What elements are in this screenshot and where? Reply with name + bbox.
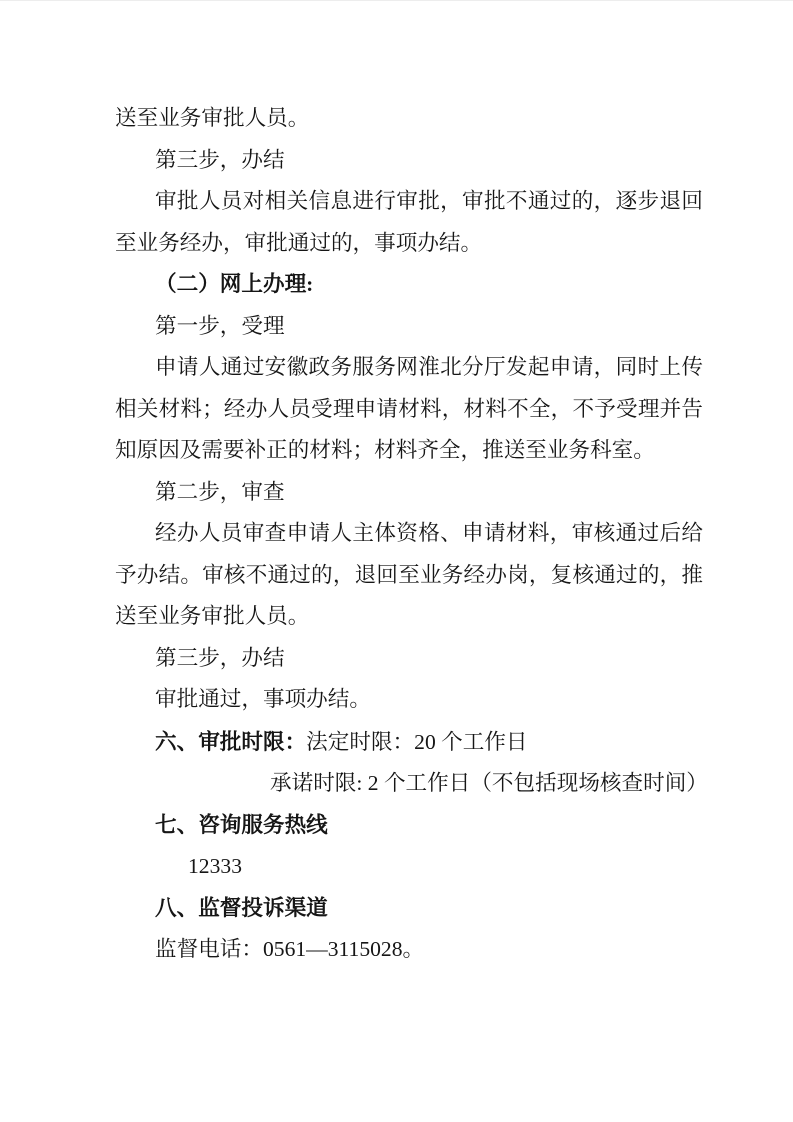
- paragraph-step2-label: 第二步，审查: [115, 472, 703, 514]
- paragraph-continuation: 送至业务审批人员。: [115, 98, 703, 140]
- paragraph-step1-body: 申请人通过安徽政务服务网淮北分厅发起申请，同时上传相关材料；经办人员受理申请材料…: [115, 347, 703, 472]
- section-heading-supervision-complaint: 八、监督投诉渠道: [115, 888, 703, 930]
- section-heading-online-handling: （二）网上办理:: [115, 264, 703, 306]
- statutory-time-limit-text: 法定时限：20 个工作日: [306, 730, 527, 754]
- document-page: 送至业务审批人员。 第三步，办结 审批人员对相关信息进行审批，审批不通过的，逐步…: [0, 0, 793, 1122]
- hotline-number: 12333: [115, 846, 703, 888]
- paragraph-step3-label: 第三步，办结: [115, 140, 703, 182]
- promised-time-limit-text: 承诺时限: 2 个工作日（不包括现场核查时间）: [115, 763, 703, 805]
- section-approval-time-limit: 六、审批时限：法定时限：20 个工作日: [115, 721, 703, 764]
- paragraph-step1-label: 第一步，受理: [115, 306, 703, 348]
- supervision-phone-line: 监督电话：0561—3115028。: [115, 929, 703, 971]
- section-heading-approval-time-limit: 六、审批时限：: [155, 729, 306, 754]
- paragraph-step3-label-2: 第三步，办结: [115, 638, 703, 680]
- section-heading-consulting-hotline: 七、咨询服务热线: [115, 805, 703, 847]
- paragraph-step3-body-2: 审批通过，事项办结。: [115, 679, 703, 721]
- document-content: 送至业务审批人员。 第三步，办结 审批人员对相关信息进行审批，审批不通过的，逐步…: [115, 98, 703, 971]
- paragraph-step2-body: 经办人员审查申请人主体资格、申请材料，审核通过后给予办结。审核不通过的，退回至业…: [115, 513, 703, 638]
- paragraph-step3-body: 审批人员对相关信息进行审批，审批不通过的，逐步退回至业务经办，审批通过的，事项办…: [115, 181, 703, 264]
